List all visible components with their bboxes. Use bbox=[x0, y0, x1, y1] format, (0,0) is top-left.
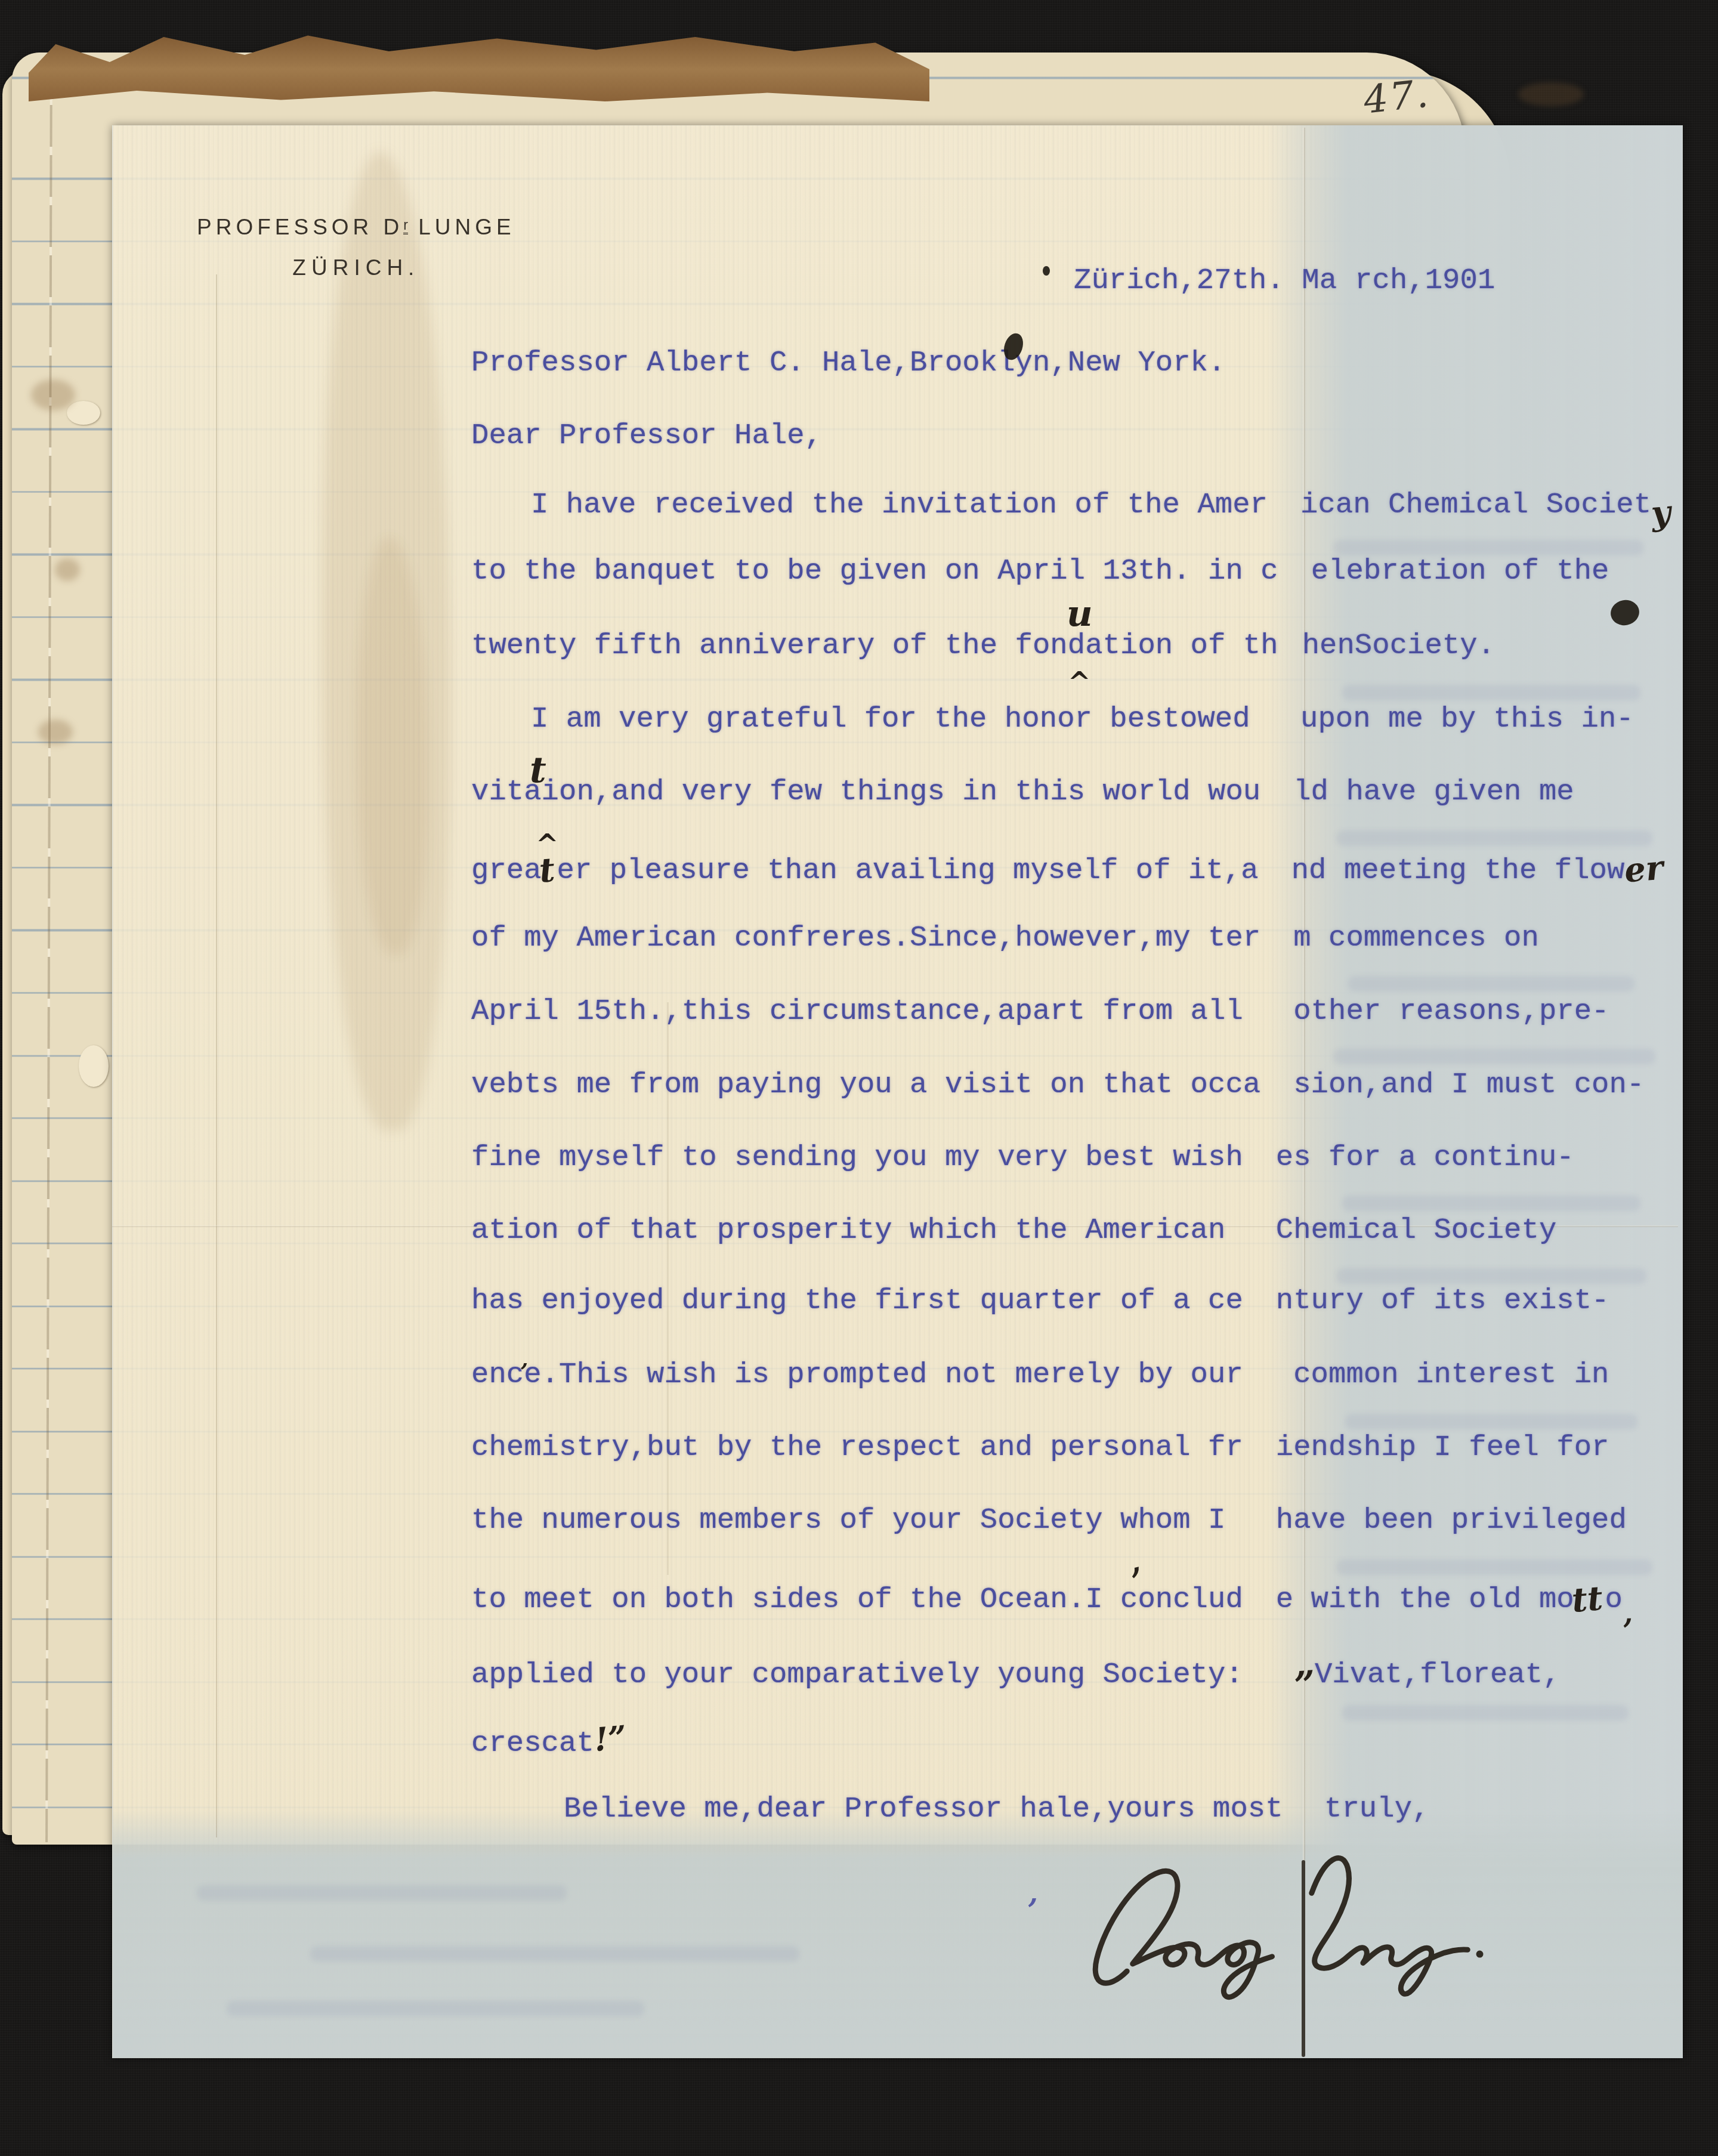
typed-text: Believe me,dear Professor hale,yours mos… bbox=[564, 1792, 1283, 1826]
handwritten-mark: , bbox=[1028, 1877, 1038, 1909]
torn-paper-flap bbox=[67, 401, 100, 425]
typed-line: chemistry,but by the respect and persona… bbox=[471, 1431, 1609, 1468]
typed-text: sion,and I must con- bbox=[1293, 1068, 1644, 1101]
ghost-ink-transfer bbox=[227, 2001, 644, 2016]
typed-text: e with the old mo bbox=[1276, 1583, 1574, 1616]
typed-line: crescat!” bbox=[471, 1721, 627, 1757]
typed-text: ld have given me bbox=[1293, 775, 1574, 808]
typed-line: April 15th.,this circumstance,apart from… bbox=[471, 994, 1609, 1031]
typed-text: ation of that prosperity which the Ameri… bbox=[471, 1213, 1243, 1247]
paper-stain bbox=[55, 558, 80, 581]
typed-line: the numerous members of your Society who… bbox=[471, 1503, 1627, 1540]
paper-stain bbox=[38, 719, 73, 745]
typed-line: to meet on both sides of the Ocean.I con… bbox=[471, 1576, 1633, 1613]
ghost-ink-transfer bbox=[1342, 1196, 1640, 1211]
letterhead-name: PROFESSOR Dr LUNGE bbox=[197, 215, 515, 240]
handwritten-mark: t bbox=[530, 749, 546, 791]
typed-text: Zürich,27th. Ma bbox=[1074, 264, 1337, 297]
typed-text: Dear Professor Hale, bbox=[471, 419, 822, 452]
handwritten-correction: y bbox=[1649, 493, 1672, 534]
typed-text: have been privileged bbox=[1276, 1503, 1627, 1537]
typed-text: twenty fifth anniverary of the fondation… bbox=[471, 629, 1278, 662]
typed-text: applied to your comparatively young Soci… bbox=[471, 1658, 1260, 1691]
typed-text: henSociety. bbox=[1302, 629, 1495, 662]
handwritten-correction: !” bbox=[592, 1718, 628, 1759]
handwritten-mark: ’ bbox=[520, 1358, 528, 1385]
typed-text: Vivat,floreat, bbox=[1315, 1658, 1561, 1691]
ghost-ink-transfer bbox=[1345, 1414, 1637, 1429]
typed-line: greater pleasure than availing myself of… bbox=[471, 847, 1664, 884]
typed-text: common interest in bbox=[1276, 1358, 1609, 1391]
typed-line: vebts me from paying you a visit on that… bbox=[471, 1068, 1644, 1105]
typed-text: o bbox=[1605, 1583, 1622, 1616]
typed-text: of my American confreres.Since,however,m… bbox=[471, 921, 1260, 955]
ghost-ink-transfer bbox=[1348, 976, 1634, 991]
ghost-ink-transfer bbox=[310, 1946, 799, 1962]
typed-text: the numerous members of your Society who… bbox=[471, 1503, 1243, 1537]
typed-line: vitaion,and very few things in this worl… bbox=[471, 775, 1574, 812]
under-sheet-edge-line bbox=[216, 274, 217, 1837]
typed-text: grea bbox=[471, 854, 542, 887]
typed-text: elebration of the bbox=[1311, 554, 1609, 588]
letterhead: PROFESSOR Dr LUNGE ZÜRICH. bbox=[197, 215, 515, 280]
typed-line: has enjoyed during the first quarter of … bbox=[471, 1284, 1609, 1321]
typed-text: vitaion,and very few things in this worl… bbox=[471, 775, 1260, 808]
handwritten-mark: u bbox=[1067, 593, 1093, 635]
letterhead-city: ZÜRICH. bbox=[197, 255, 515, 280]
ghost-ink-transfer bbox=[1333, 540, 1643, 555]
brown-smudge bbox=[1518, 82, 1584, 106]
typed-text: ican Chemical Societ bbox=[1300, 488, 1651, 521]
torn-paper-flap bbox=[79, 1045, 109, 1087]
ghost-ink-transfer bbox=[1336, 830, 1652, 846]
typed-line: of my American confreres.Since,however,m… bbox=[471, 921, 1539, 958]
typed-text: vebts me from paying you a visit on that… bbox=[471, 1068, 1260, 1101]
typed-line: to the banquet to be given on April 13th… bbox=[471, 554, 1609, 591]
scanned-letter-page: 47. PROFESSOR Dr LUNGE ZÜRICH. Zürich,27… bbox=[0, 0, 1718, 2156]
handwritten-correction: tt bbox=[1570, 1579, 1604, 1620]
page-number: 47. bbox=[1361, 72, 1432, 122]
ghost-ink-transfer bbox=[197, 1885, 567, 1901]
ghost-ink-transfer bbox=[1342, 685, 1640, 700]
typed-text: chemistry,but by the respect and persona… bbox=[471, 1431, 1243, 1464]
typed-text: Professor Albert C. Hale,Brooklyn,New Yo… bbox=[471, 346, 1225, 379]
ghost-ink-transfer bbox=[1333, 1049, 1655, 1064]
typed-line: Believe me,dear Professor hale,yours mos… bbox=[564, 1792, 1429, 1829]
typed-text: er pleasure than availing myself of it,a bbox=[557, 854, 1259, 887]
typed-line: ation of that prosperity which the Ameri… bbox=[471, 1213, 1556, 1250]
typed-text: crescat bbox=[471, 1726, 594, 1760]
ghost-ink-transfer bbox=[1336, 1268, 1646, 1284]
typed-text: to the banquet to be given on April 13th… bbox=[471, 554, 1278, 588]
typed-text: Chemical Society bbox=[1276, 1213, 1556, 1247]
typed-text: I am very grateful for the honor bestowe… bbox=[531, 702, 1268, 736]
handwritten-correction: „ bbox=[1291, 1641, 1317, 1687]
torn-brown-paper-strip bbox=[29, 30, 929, 101]
typed-text: other reasons,pre- bbox=[1293, 994, 1609, 1028]
typed-text: ntury of its exist- bbox=[1276, 1284, 1609, 1317]
typed-text: April 15th.,this circumstance,apart from… bbox=[471, 994, 1260, 1028]
handwritten-mark: ^ bbox=[1068, 666, 1091, 698]
typed-line: fine myself to sending you my very best … bbox=[471, 1141, 1574, 1178]
ghost-ink-transfer bbox=[1336, 1559, 1652, 1575]
signature bbox=[1071, 1817, 1530, 2011]
typed-text: m commences on bbox=[1293, 921, 1539, 955]
paper-stain bbox=[31, 379, 75, 410]
typed-text: ence.This wish is prompted not merely by… bbox=[471, 1358, 1243, 1391]
typed-line: Zürich,27th. March,1901 bbox=[1074, 264, 1495, 301]
typed-line: applied to your comparatively young Soci… bbox=[471, 1648, 1561, 1685]
ghost-ink-transfer bbox=[1342, 1705, 1629, 1721]
typed-line: twenty fifth anniverary of the fondation… bbox=[471, 629, 1495, 666]
handwritten-mark: ^ bbox=[536, 828, 559, 860]
typed-line: I have received the invitation of the Am… bbox=[531, 481, 1671, 518]
handwritten-correction: er bbox=[1623, 848, 1666, 890]
typed-text: es for a continu- bbox=[1276, 1141, 1574, 1174]
ink-blot bbox=[1043, 266, 1050, 276]
typed-text: upon me by this in- bbox=[1300, 702, 1634, 736]
typed-text: fine myself to sending you my very best … bbox=[471, 1141, 1243, 1174]
typed-text: to meet on both sides of the Ocean.I con… bbox=[471, 1583, 1243, 1616]
typed-line: ence.This wish is prompted not merely by… bbox=[471, 1358, 1609, 1395]
typed-line: Dear Professor Hale, bbox=[471, 419, 822, 456]
typed-line: Professor Albert C. Hale,Brooklyn,New Yo… bbox=[471, 346, 1225, 383]
typed-text: rch,1901 bbox=[1355, 264, 1495, 297]
typed-line: I am very grateful for the honor bestowe… bbox=[531, 702, 1634, 739]
typed-text: nd meeting the flow bbox=[1291, 854, 1625, 887]
typed-text: has enjoyed during the first quarter of … bbox=[471, 1284, 1243, 1317]
typed-text: I have received the invitation of the Am… bbox=[531, 488, 1268, 521]
typed-text: iendship I feel for bbox=[1276, 1431, 1609, 1464]
